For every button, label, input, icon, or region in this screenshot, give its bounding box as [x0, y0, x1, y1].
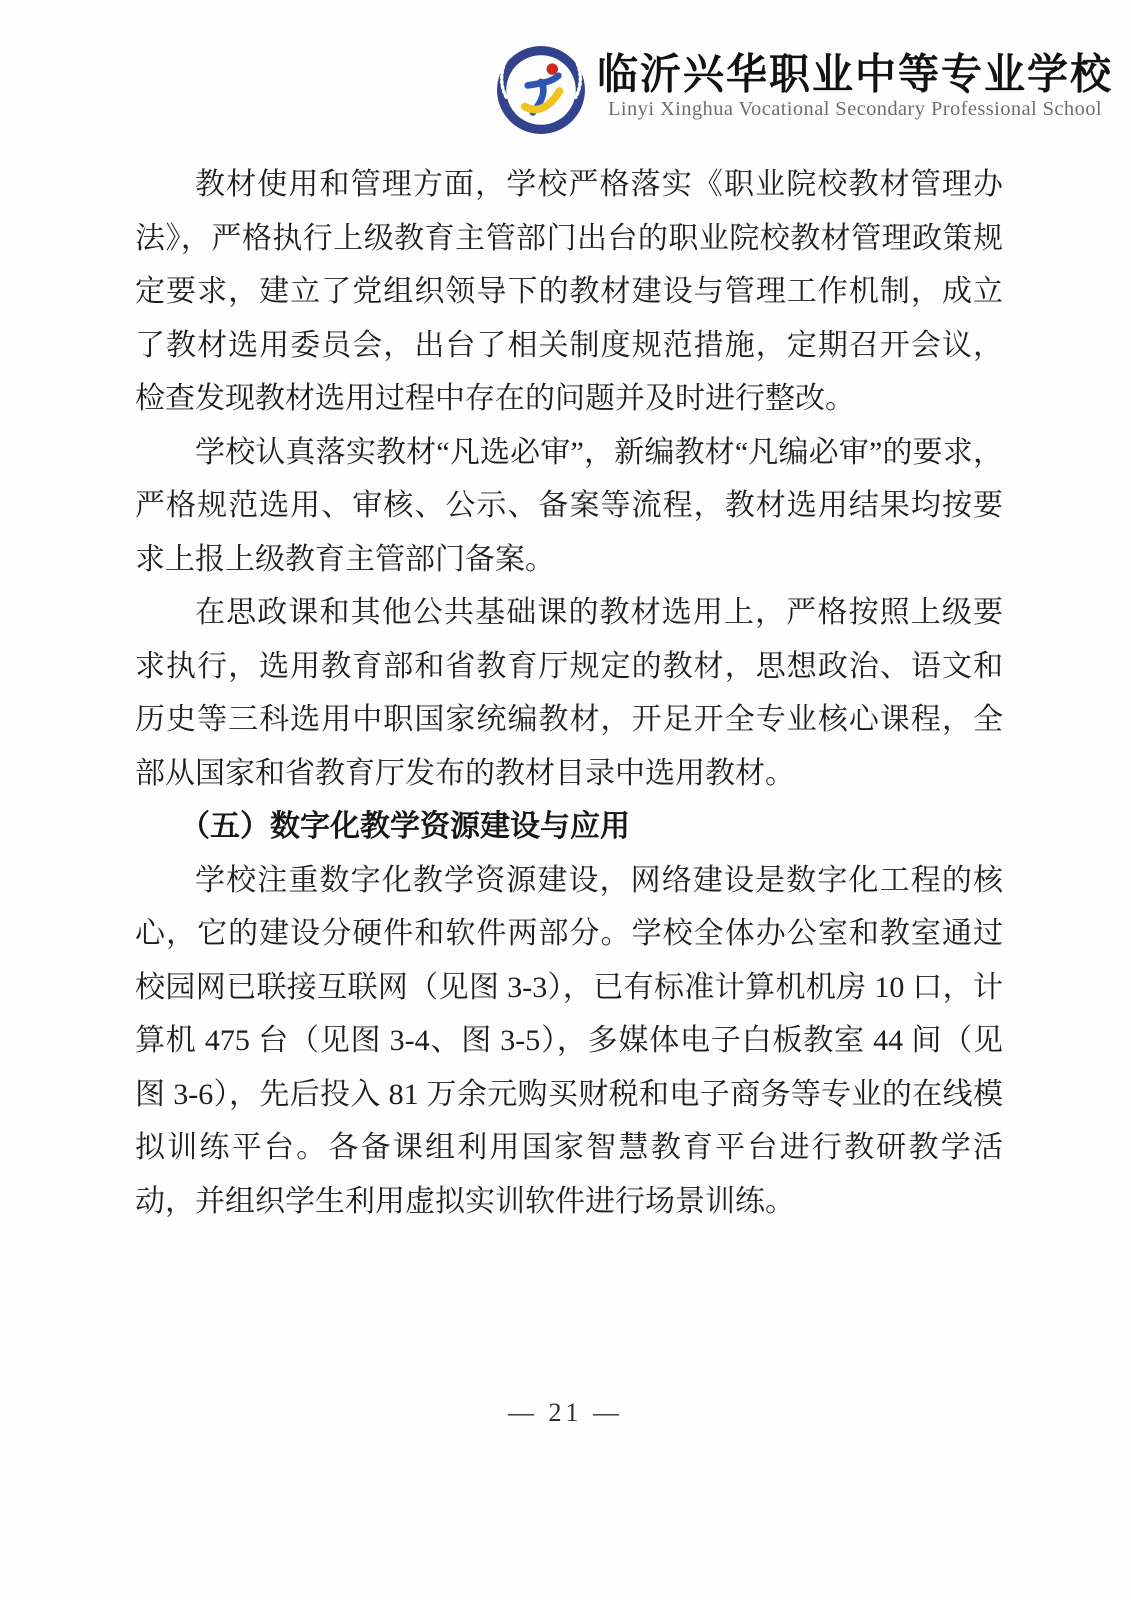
document-page: 临沂兴华职业中等专业学校 Linyi Xinghua Vocational Se… — [0, 0, 1131, 1600]
page-footer: — 21 — — [0, 1398, 1131, 1428]
school-name-block: 临沂兴华职业中等专业学校 Linyi Xinghua Vocational Se… — [597, 44, 1113, 121]
document-body: 教材使用和管理方面，学校严格落实《职业院校教材管理办法》，严格执行上级教育主管部… — [135, 158, 1003, 1228]
section-heading-digital-resources: （五）数字化教学资源建设与应用 — [135, 800, 1003, 854]
paragraph-digital-construction: 学校注重数字化教学资源建设，网络建设是数字化工程的核心，它的建设分硬件和软件两部… — [135, 854, 1003, 1229]
school-logo-icon — [495, 44, 587, 136]
page-number: — 21 — — [508, 1398, 623, 1427]
school-name-chinese: 临沂兴华职业中等专业学校 — [597, 52, 1113, 98]
paragraph-textbook-management: 教材使用和管理方面，学校严格落实《职业院校教材管理办法》，严格执行上级教育主管部… — [135, 158, 1003, 426]
school-name-english: Linyi Xinghua Vocational Secondary Profe… — [597, 98, 1113, 121]
paragraph-ideology-courses: 在思政课和其他公共基础课的教材选用上，严格按照上级要求执行，选用教育部和省教育厅… — [135, 586, 1003, 800]
paragraph-textbook-review: 学校认真落实教材“凡选必审”，新编教材“凡编必审”的要求，严格规范选用、审核、公… — [135, 426, 1003, 587]
school-header: 临沂兴华职业中等专业学校 Linyi Xinghua Vocational Se… — [495, 44, 1113, 136]
